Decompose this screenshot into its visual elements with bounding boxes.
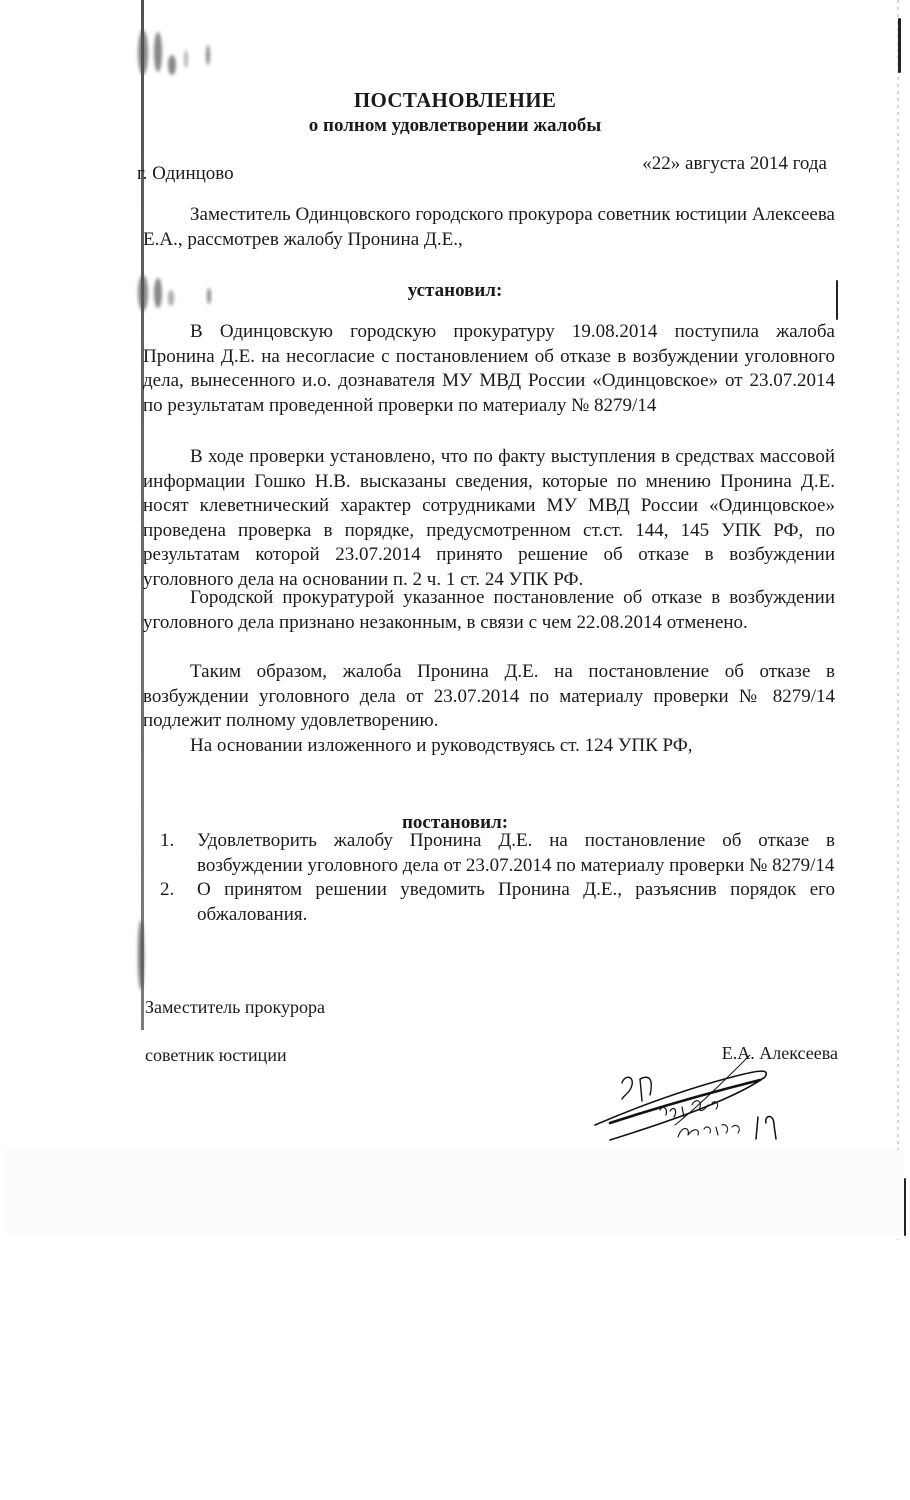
signer-rank: советник юстиции xyxy=(145,1045,287,1066)
paragraph-3: Городской прокуратурой указанное постано… xyxy=(143,586,835,635)
document-subtitle: о полном удовлетворении жалобы xyxy=(0,115,910,137)
document-title: ПОСТАНОВЛЕНИЕ xyxy=(0,88,910,113)
scan-blot xyxy=(184,50,188,68)
paragraph-1: В Одинцовскую городскую прокуратуру 19.0… xyxy=(143,320,835,418)
scan-blot xyxy=(168,55,176,75)
scan-mark xyxy=(898,18,901,73)
paragraph-4: Таким образом, жалоба Пронина Д.Е. на по… xyxy=(143,660,835,734)
resolution-number: 2. xyxy=(160,878,197,927)
resolution-item: 2. О принятом решении уведомить Пронина … xyxy=(160,878,835,927)
scan-shadow xyxy=(4,1150,904,1235)
paragraph-5: На основании изложенного и руководствуяс… xyxy=(143,734,835,759)
section-established-heading: установил: xyxy=(0,280,910,302)
resolutions-list: 1. Удовлетворить жалобу Пронина Д.Е. на … xyxy=(160,829,835,927)
document-page: ПОСТАНОВЛЕНИЕ о полном удовлетворении жа… xyxy=(0,0,910,1500)
scan-edge-right xyxy=(897,0,899,1240)
signer-position: Заместитель прокурора xyxy=(145,997,325,1018)
intro-paragraph: Заместитель Одинцовского городского прок… xyxy=(143,203,835,252)
document-city: г. Одинцово xyxy=(137,163,234,185)
resolution-text: Удовлетворить жалобу Пронина Д.Е. на пос… xyxy=(197,829,835,878)
handwritten-signature-icon xyxy=(590,1055,820,1150)
scan-mark xyxy=(904,1178,906,1236)
resolution-item: 1. Удовлетворить жалобу Пронина Д.Е. на … xyxy=(160,829,835,878)
resolution-number: 1. xyxy=(160,829,197,878)
resolution-text: О принятом решении уведомить Пронина Д.Е… xyxy=(197,878,835,927)
scan-blot xyxy=(138,30,148,75)
document-date: «22» августа 2014 года xyxy=(642,153,827,175)
scan-blot xyxy=(206,45,210,65)
scan-blot xyxy=(154,32,162,72)
paragraph-2: В ходе проверки установлено, что по факт… xyxy=(143,445,835,592)
scan-blot xyxy=(138,920,144,990)
